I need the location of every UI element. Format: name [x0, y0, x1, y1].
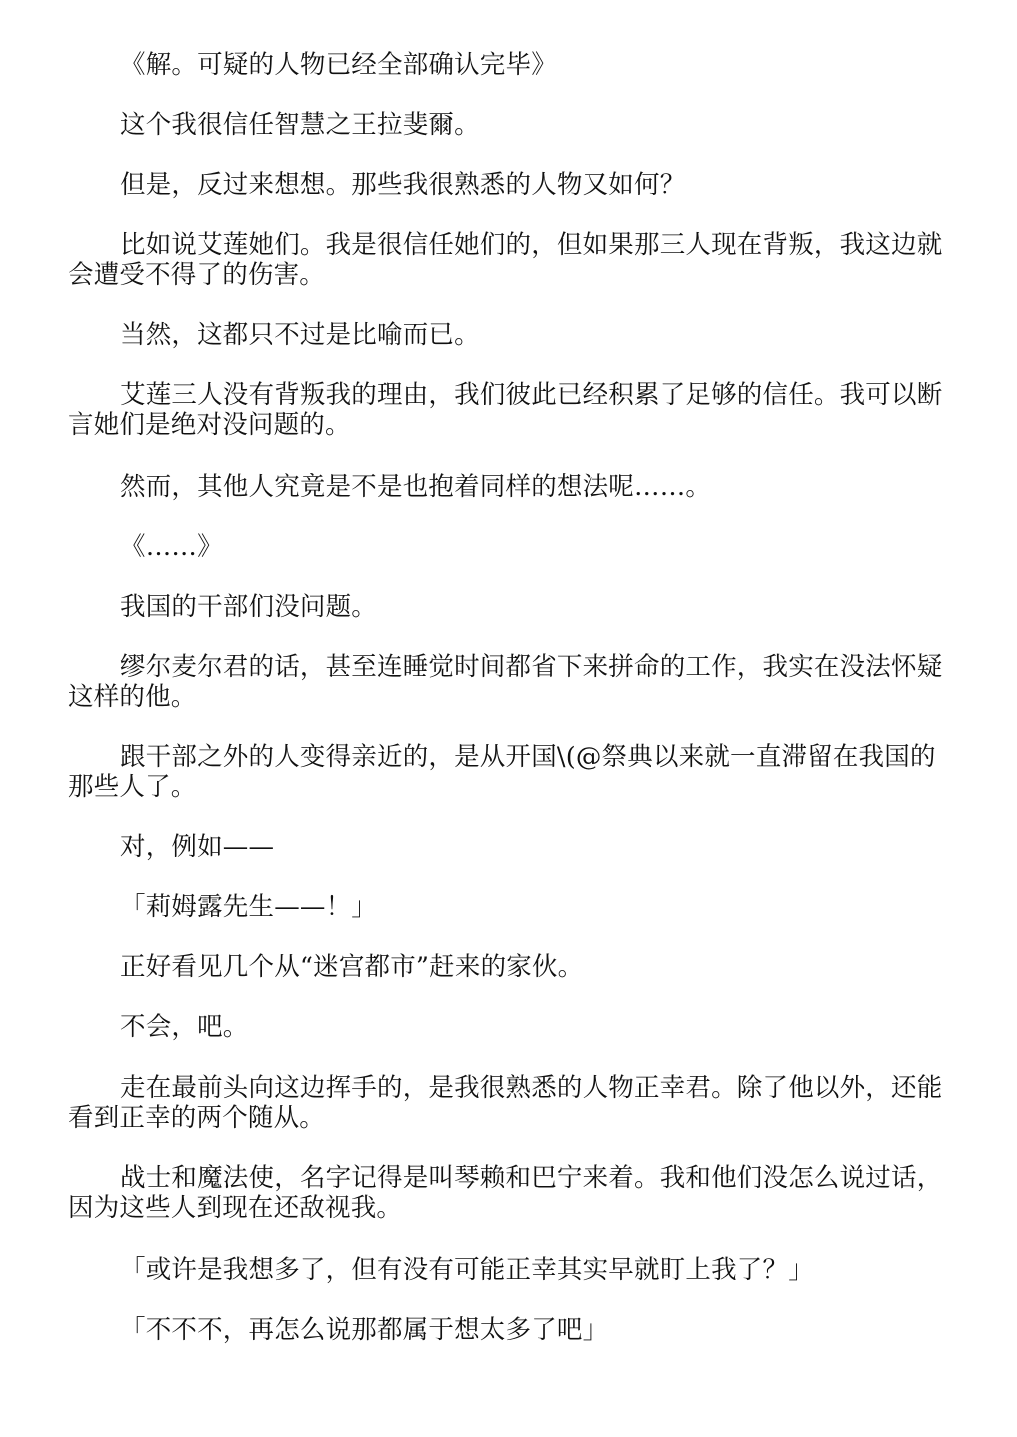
paragraph: 《……》: [68, 532, 948, 562]
paragraph: 正好看见几个从“迷宫都市”赶来的家伙。: [68, 952, 948, 982]
paragraph: 《解。可疑的人物已经全部确认完毕》: [68, 50, 948, 80]
paragraph: 走在最前头向这边挥手的，是我很熟悉的人物正幸君。除了他以外，还能看到正幸的两个随…: [68, 1073, 948, 1133]
paragraph: 跟干部之外的人变得亲近的，是从开国\(@祭典以来就一直滞留在我国的那些人了。: [68, 742, 948, 802]
paragraph: 然而，其他人究竟是不是也抱着同样的想法呢……。: [68, 472, 948, 502]
paragraph: 缪尔麦尔君的话，甚至连睡觉时间都省下来拼命的工作，我实在没法怀疑这样的他。: [68, 652, 948, 712]
paragraph: 我国的干部们没问题。: [68, 592, 948, 622]
paragraph: 战士和魔法使，名字记得是叫琴赖和巴宁来着。我和他们没怎么说过话，因为这些人到现在…: [68, 1163, 948, 1223]
dialogue-line: 「不不不，再怎么说那都属于想太多了吧」: [68, 1315, 948, 1345]
paragraph: 对，例如——: [68, 832, 948, 862]
paragraph: 比如说艾莲她们。我是很信任她们的，但如果那三人现在背叛，我这边就会遭受不得了的伤…: [68, 230, 948, 290]
paragraph: 这个我很信任智慧之王拉斐爾。: [68, 110, 948, 140]
paragraph: 但是，反过来想想。那些我很熟悉的人物又如何？: [68, 170, 948, 200]
paragraph: 当然，这都只不过是比喻而已。: [68, 320, 948, 350]
paragraph: 艾莲三人没有背叛我的理由，我们彼此已经积累了足够的信任。我可以断言她们是绝对没问…: [68, 380, 948, 440]
dialogue-line: 「或许是我想多了，但有没有可能正幸其实早就盯上我了？」: [68, 1255, 948, 1285]
document-page: 《解。可疑的人物已经全部确认完毕》 这个我很信任智慧之王拉斐爾。 但是，反过来想…: [0, 0, 1017, 1437]
paragraph: 不会，吧。: [68, 1012, 948, 1042]
dialogue-line: 「莉姆露先生——！」: [68, 892, 948, 922]
